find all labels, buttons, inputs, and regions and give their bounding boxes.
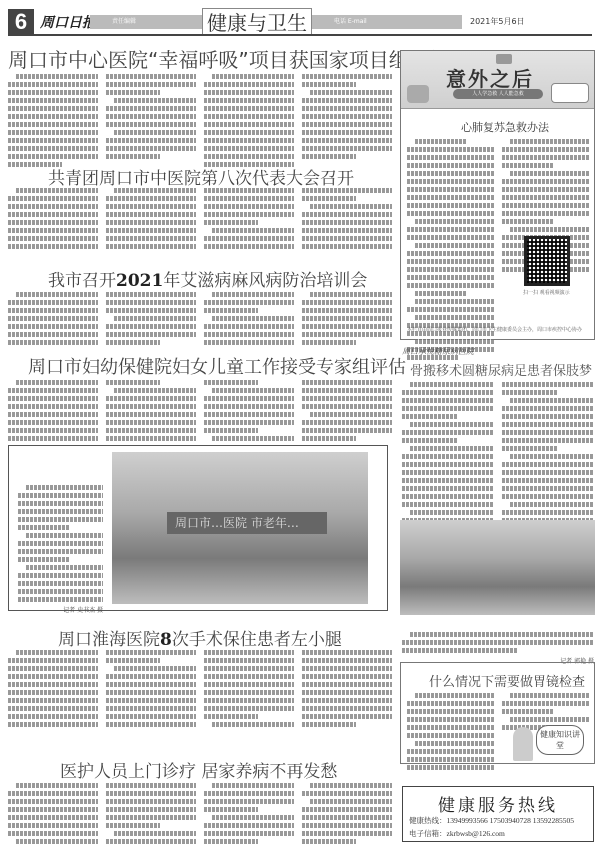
email-label: 电子信箱： (409, 829, 447, 838)
headline-youth-league: 共青团周口市中医院第八次代表大会召开 (48, 164, 354, 189)
headline-part: 年艾滋病麻风病防治培训会 (163, 271, 367, 291)
header-rule (8, 34, 592, 36)
first-aid-kit-icon (496, 54, 512, 64)
phones-label: 健康热线： (409, 816, 447, 825)
article-body-1 (8, 74, 392, 170)
headline-year: 2021 (116, 271, 163, 291)
page-number: 6 (8, 9, 34, 35)
headline-maternal-child: 周口市妇幼保健院妇女儿童工作接受专家组评估 (28, 353, 406, 379)
qr-code[interactable] (524, 236, 570, 286)
photo-feature-caption: 记者 史书杰 摄 (18, 485, 103, 614)
first-aid-banner: 意外之后 人人学急救 人人能急救 (401, 51, 594, 109)
gastroscopy-box: 什么情况下需要做胃镜检查 健康知识讲堂 (400, 662, 595, 764)
first-aid-box: 意外之后 人人学急救 人人能急救 心肺复苏急救办法 扫一扫 观看视频演示 本栏目… (400, 50, 595, 340)
issue-date: 2021年5月6日 (470, 15, 525, 29)
photo-banner: 周口市…医院 市老年… (167, 512, 327, 534)
contact-bar: 电话 E-mail (312, 15, 462, 29)
hospital-kicker: 周口承悦糖尿病医院 (402, 346, 474, 357)
first-aid-title: 心肺复苏急救办法 (461, 119, 549, 135)
editor-bar: 责任编辑 (90, 15, 202, 29)
hotline-phones-row: 健康热线：13949993566 17503940728 13592285505 (409, 815, 574, 826)
newspaper-name: 周口日报 (40, 12, 96, 32)
qr-caption: 扫一扫 观看视频演示 (523, 289, 570, 296)
article-body-6 (8, 783, 392, 847)
headline-number: 8 (160, 630, 172, 650)
photo-byline: 记者 史书杰 摄 (18, 605, 103, 614)
headline-part: 我市召开 (48, 271, 116, 291)
banner-title: 意外之后 (446, 63, 534, 92)
article-body-2 (8, 188, 392, 252)
photo-medical-team (400, 520, 595, 615)
hotline-email-row: 电子信箱：zkrbwsb@126.com (409, 828, 505, 839)
first-aid-footer: 本栏目由周口报业传媒集团、周口市卫生健康委员会主办，周口市疾控中心协办 (407, 326, 589, 333)
headline-diabetic-foot: 骨搬移术圆糖尿病足患者保肢梦 (410, 360, 592, 379)
banner-subtitle: 人人学急救 人人能急救 (453, 89, 543, 99)
diabetes-body (402, 382, 594, 526)
headline-aids-training: 我市召开2021年艾滋病麻风病防治培训会 (48, 266, 367, 291)
headline-surgery-leg: 周口淮海医院8次手术保住患者左小腿 (58, 625, 342, 650)
headline-happy-breathing: 周口市中心医院“幸福呼吸”项目获国家项目组表彰 (8, 44, 449, 73)
section-title: 健康与卫生 (202, 8, 312, 36)
article-body-5 (8, 650, 392, 730)
phones-value[interactable]: 13949993566 17503940728 13592285505 (447, 816, 575, 825)
team-photo-caption: 记者 郭艳 摄 (402, 632, 594, 665)
presenter-illustration-icon (513, 727, 533, 761)
email-value[interactable]: zkrbwsb@126.com (447, 829, 505, 838)
telephone-icon (407, 85, 429, 103)
hotline-box: 健康服务热线 健康热线：13949993566 17503940728 1359… (402, 786, 594, 842)
article-body-3 (8, 292, 392, 348)
hotline-title: 健康服务热线 (403, 791, 593, 816)
headline-part: 次手术保住患者左小腿 (172, 630, 342, 650)
photo-volunteer-service: 周口市…医院 市老年… (112, 452, 368, 604)
health-lecture-bubble: 健康知识讲堂 (536, 725, 584, 755)
headline-part: 周口淮海医院 (58, 630, 160, 650)
gastroscopy-title: 什么情况下需要做胃镜检查 (429, 671, 585, 690)
ambulance-icon (551, 83, 589, 103)
headline-home-care: 医护人员上门诊疗 居家养病不再发愁 (60, 757, 337, 782)
article-body-4 (8, 380, 392, 444)
